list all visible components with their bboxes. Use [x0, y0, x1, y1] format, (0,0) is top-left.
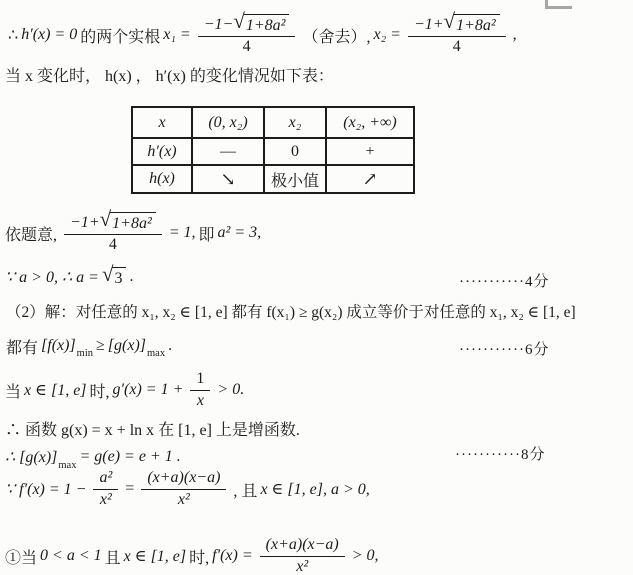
table-cell-sign: —: [192, 138, 264, 165]
math-line-part2-intro: （2）解：对任意的 x₁, x₂ ∈ [1, e] 都有 f(x₁) ≥ g(x…: [6, 298, 576, 324]
circled-one-marker: ①当: [5, 545, 37, 568]
chinese-text: , 且: [233, 478, 257, 501]
numerator: (x+a)(x−a): [147, 469, 220, 487]
chinese-text: 都有: [6, 335, 38, 358]
f-min-expr: [f(x)]min: [41, 337, 93, 355]
math-expr: 0 < a < 1: [40, 547, 102, 565]
comma: ,: [513, 26, 517, 44]
denominator: x²: [100, 490, 112, 509]
geq-symbol: ≥: [96, 337, 105, 355]
chinese-text: 当 x 变化时， h(x) ， h′(x) 的变化情况如下表：: [5, 63, 334, 86]
math-expr: ∵ a > 0, ∴ a =: [5, 267, 99, 287]
math-expr: x ∈ [1, e], a > 0,: [260, 479, 369, 499]
table-header-cell: x: [132, 107, 192, 138]
table-row-function: h(x) ↘ 极小值 ↗: [132, 165, 414, 193]
fraction: 1 x: [190, 370, 210, 411]
numerator-prefix: −1−: [204, 16, 234, 34]
math-expr: = 1,: [169, 224, 196, 242]
math-expr: > 0,: [352, 547, 379, 565]
square-root: √ 1+8a²: [444, 14, 500, 35]
math-expr: g′(x) = 1 +: [113, 381, 184, 399]
chinese-text: 且: [105, 545, 121, 568]
table-row-label: h(x): [132, 165, 192, 193]
chinese-text: 的两个实根: [80, 24, 160, 47]
denominator: x: [197, 391, 204, 410]
math-expr: h′(x) = 0: [21, 26, 77, 44]
g-max-expr: [g(x)]max: [108, 337, 165, 355]
math-expr: a² = 3,: [218, 224, 262, 242]
score-mark-8: ···········8分: [455, 443, 545, 464]
math-line-increasing: ∴ 函数 g(x) = x + ln x 在 [1, e] 上是增函数.: [5, 416, 300, 440]
numerator-prefix: −1+: [70, 214, 100, 232]
math-expr: f′(x) =: [212, 547, 253, 565]
chinese-text: （2）解：对任意的 x₁, x₂ ∈ [1, e] 都有 f(x₁) ≥ g(x…: [6, 300, 576, 322]
math-expr: [g(x)]: [108, 337, 146, 354]
numerator: 1: [196, 370, 204, 388]
math-expr: x₁ =: [163, 26, 190, 44]
math-line-f-derivative: ∵ f′(x) = 1 − a² x² = (x+a)(x−a) x² , 且 …: [5, 465, 370, 513]
math-expr: ∵ f′(x) = 1 −: [5, 479, 86, 499]
math-expr: = g(e) = e + 1 .: [79, 448, 180, 466]
period: .: [168, 337, 172, 355]
math-expr: x ∈ [1, e]: [124, 546, 187, 566]
table-cell-sign: +: [326, 138, 414, 165]
radicand: 3: [112, 267, 126, 288]
math-line-a-value: ∵ a > 0, ∴ a = √ 3 .: [5, 264, 133, 290]
chinese-text: 当: [5, 379, 21, 402]
subscript-min: min: [77, 348, 93, 359]
table-header-row: x (0, x₂) x₂ (x₂, +∞): [132, 107, 414, 138]
square-root: √ 3: [102, 267, 127, 288]
radicand: 1+8a²: [454, 14, 500, 35]
denominator: x²: [178, 490, 190, 509]
fraction-x1: −1− √ 1+8a² 4: [198, 14, 296, 57]
math-line-g-derivative: 当 x ∈ [1, e] 时, g′(x) = 1 + 1 x > 0.: [5, 367, 244, 413]
denominator: 4: [453, 37, 461, 56]
period: .: [129, 268, 133, 286]
radicand: 1+8a²: [110, 212, 156, 233]
numerator: (x+a)(x−a): [266, 536, 339, 554]
g-max-expr: ∴ [g(x)]max: [5, 447, 76, 467]
cropped-box-corner: [545, 0, 572, 9]
increasing-arrow-icon: ↗: [326, 165, 414, 193]
table-row-label: h′(x): [132, 138, 192, 165]
fraction-factored: (x+a)(x−a) x²: [260, 536, 345, 575]
subscript-max: max: [147, 348, 165, 359]
chinese-text: 依题意,: [5, 222, 57, 245]
denominator: 4: [243, 37, 251, 56]
square-root: √ 1+8a²: [233, 14, 289, 35]
fraction-x2: −1+ √ 1+8a² 4: [408, 14, 506, 57]
table-header-cell: x₂: [264, 107, 326, 138]
chinese-text: 时,: [189, 545, 209, 568]
math-expr: [f(x)]: [41, 337, 76, 354]
table-header-cell: (0, x₂): [192, 107, 264, 138]
decreasing-arrow-icon: ↘: [192, 165, 264, 193]
math-line-roots: ∴ h′(x) = 0 的两个实根 x₁ = −1− √ 1+8a² 4 （舍去…: [8, 10, 517, 60]
math-expr: x ∈ [1, e]: [24, 380, 87, 400]
fraction: −1+ √ 1+8a² 4: [64, 212, 162, 255]
denominator: 4: [109, 235, 117, 254]
scanned-math-solution-page: ∴ h′(x) = 0 的两个实根 x₁ = −1− √ 1+8a² 4 （舍去…: [0, 0, 633, 575]
table-row-derivative: h′(x) — 0 +: [132, 138, 414, 165]
radicand: 1+8a²: [244, 14, 290, 35]
table-cell-sign: 0: [264, 138, 326, 165]
math-line-case1: ①当 0 < a < 1 且 x ∈ [1, e] 时, f′(x) = (x+…: [5, 533, 379, 575]
fraction-a2-x2: a² x²: [93, 469, 118, 510]
fraction-factored: (x+a)(x−a) x²: [141, 469, 226, 510]
chinese-text: 时,: [90, 379, 110, 402]
square-root: √ 1+8a²: [100, 212, 156, 233]
chinese-text: 即: [199, 222, 215, 245]
numerator-prefix: −1+: [414, 16, 444, 34]
table-cell-minimum: 极小值: [264, 165, 326, 193]
chinese-text: （舍去）,: [302, 24, 370, 47]
math-line-table-intro: 当 x 变化时， h(x) ， h′(x) 的变化情况如下表：: [5, 62, 334, 86]
score-mark-4: ···········4分: [459, 270, 549, 291]
math-expr: x₂ =: [373, 26, 400, 44]
numerator: a²: [99, 469, 112, 487]
math-expr: ∴ [g(x)]: [5, 449, 57, 466]
denominator: x²: [296, 557, 308, 575]
therefore-symbol: ∴: [8, 25, 18, 45]
table-header-cell: (x₂, +∞): [326, 107, 414, 138]
chinese-text: ∴ 函数 g(x) = x + ln x 在 [1, e] 上是增函数.: [5, 417, 300, 440]
score-mark-6: ···········6分: [459, 338, 549, 359]
math-expr: > 0.: [217, 381, 244, 399]
variation-table: x (0, x₂) x₂ (x₂, +∞) h′(x) — 0 + h(x) ↘…: [131, 106, 415, 194]
equals-sign: =: [125, 480, 134, 498]
math-line-condition: 依题意, −1+ √ 1+8a² 4 = 1, 即 a² = 3,: [5, 206, 261, 260]
math-line-min-max: 都有 [f(x)]min ≥ [g(x)]max .: [6, 331, 172, 361]
